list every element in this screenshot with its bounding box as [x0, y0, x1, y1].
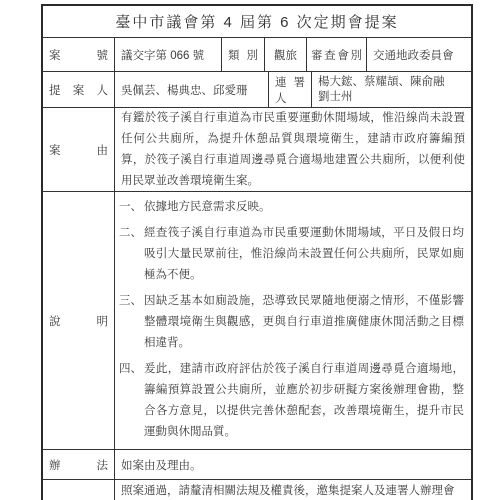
- cosigner-value: 楊大鋐、蔡耀頡、陳俞融 劉士州: [311, 72, 471, 107]
- review-committee-label-cell: 審查會別: [306, 38, 366, 71]
- method-label: 辦法: [49, 457, 108, 473]
- explanation-item-4: 四、 爰此，建請市政府評估於筏子溪自行車道周邊尋覓合適場地，籌編預算設置公共廁所…: [119, 359, 467, 443]
- category-value: 觀旅: [264, 38, 306, 71]
- resolution-text: 照案通過，請釐清相關法規及權責後，邀集提案人及連署人辦理會勘；: [114, 480, 471, 500]
- reason-label: 案由: [49, 142, 108, 158]
- cosigner-line-1: 楊大鋐、蔡耀頡、陳俞融: [318, 75, 445, 90]
- proposer-value: 吳佩芸、楊典忠、邱愛珊: [114, 72, 268, 107]
- reason-text: 有鑑於筏子溪自行車道為市民重要運動休閒場域，惟沿線尚未設置任何公共廁所，為提升休…: [114, 108, 471, 192]
- proposal-table: 臺中市議會第 4 屆第 6 次定期會提案 案號 議交字第 066 號 類別 觀旅…: [41, 4, 473, 500]
- item-number: 二、: [119, 223, 144, 286]
- category-label-cell: 類別: [221, 38, 264, 71]
- proposer-row: 提案人 吳佩芸、楊典忠、邱愛珊 連署人 楊大鋐、蔡耀頡、陳俞融 劉士州: [43, 71, 471, 107]
- method-row: 辦法 如案由及理由。: [43, 449, 471, 479]
- item-text: 因缺乏基本如廁設施，恐導致民眾隨地便溺之情形，不僅影響整體環境衛生與觀感，更與自…: [144, 291, 467, 354]
- method-value: 如案由及理由。: [114, 450, 471, 479]
- title-row: 臺中市議會第 4 屆第 6 次定期會提案: [43, 6, 471, 37]
- explanation-label: 說明: [49, 313, 108, 329]
- explanation-item-3: 三、 因缺乏基本如廁設施，恐導致民眾隨地便溺之情形，不僅影響整體環境衛生與觀感，…: [119, 291, 467, 354]
- item-text: 經查筏子溪自行車道為市民重要運動休閒場域，平日及假日均吸引大量民眾前往，惟沿線尚…: [144, 223, 467, 286]
- case-number-label: 案號: [49, 47, 108, 63]
- item-number: 三、: [119, 291, 144, 354]
- case-number-label-cell: 案號: [43, 38, 114, 71]
- reason-label-cell: 案由: [43, 108, 114, 191]
- reason-row: 案由 有鑑於筏子溪自行車道為市民重要運動休閒場域，惟沿線尚未設置任何公共廁所，為…: [43, 107, 471, 191]
- case-number-value: 議交字第 066 號: [114, 38, 221, 71]
- review-committee-value: 交通地政委員會: [366, 38, 471, 71]
- resolution-label-cell: [43, 480, 114, 500]
- proposer-label-cell: 提案人: [43, 72, 114, 107]
- explanation-item-2: 二、 經查筏子溪自行車道為市民重要運動休閒場域，平日及假日均吸引大量民眾前往，惟…: [119, 223, 467, 286]
- cosigner-label-cell: 連署人: [268, 72, 311, 107]
- explanation-body: 一、 依據地方民意需求反映。 二、 經查筏子溪自行車道為市民重要運動休閒場域，平…: [114, 192, 471, 449]
- explanation-item-1: 一、 依據地方民意需求反映。: [119, 197, 467, 218]
- proposer-label: 提案人: [49, 82, 108, 98]
- item-number: 一、: [119, 197, 144, 218]
- cosigner-line-2: 劉士州: [318, 90, 353, 105]
- item-text: 爰此，建請市政府評估於筏子溪自行車道周邊尋覓合適場地，籌編預算設置公共廁所，並應…: [144, 359, 467, 443]
- review-committee-label: 審查會別: [311, 47, 362, 63]
- explanation-label-cell: 說明: [43, 192, 114, 449]
- proposal-document-page: 臺中市議會第 4 屆第 6 次定期會提案 案號 議交字第 066 號 類別 觀旅…: [0, 0, 500, 500]
- explanation-row: 說明 一、 依據地方民意需求反映。 二、 經查筏子溪自行車道為市民重要運動休閒場…: [43, 191, 471, 449]
- document-title: 臺中市議會第 4 屆第 6 次定期會提案: [43, 11, 471, 32]
- method-label-cell: 辦法: [43, 450, 114, 479]
- case-number-row: 案號 議交字第 066 號 類別 觀旅 審查會別 交通地政委員會: [43, 37, 471, 71]
- resolution-row: 照案通過，請釐清相關法規及權責後，邀集提案人及連署人辦理會勘；: [43, 479, 471, 500]
- item-text: 依據地方民意需求反映。: [144, 197, 467, 218]
- item-number: 四、: [119, 359, 144, 443]
- cosigner-label: 連署人: [275, 74, 305, 106]
- category-label: 類別: [228, 47, 258, 63]
